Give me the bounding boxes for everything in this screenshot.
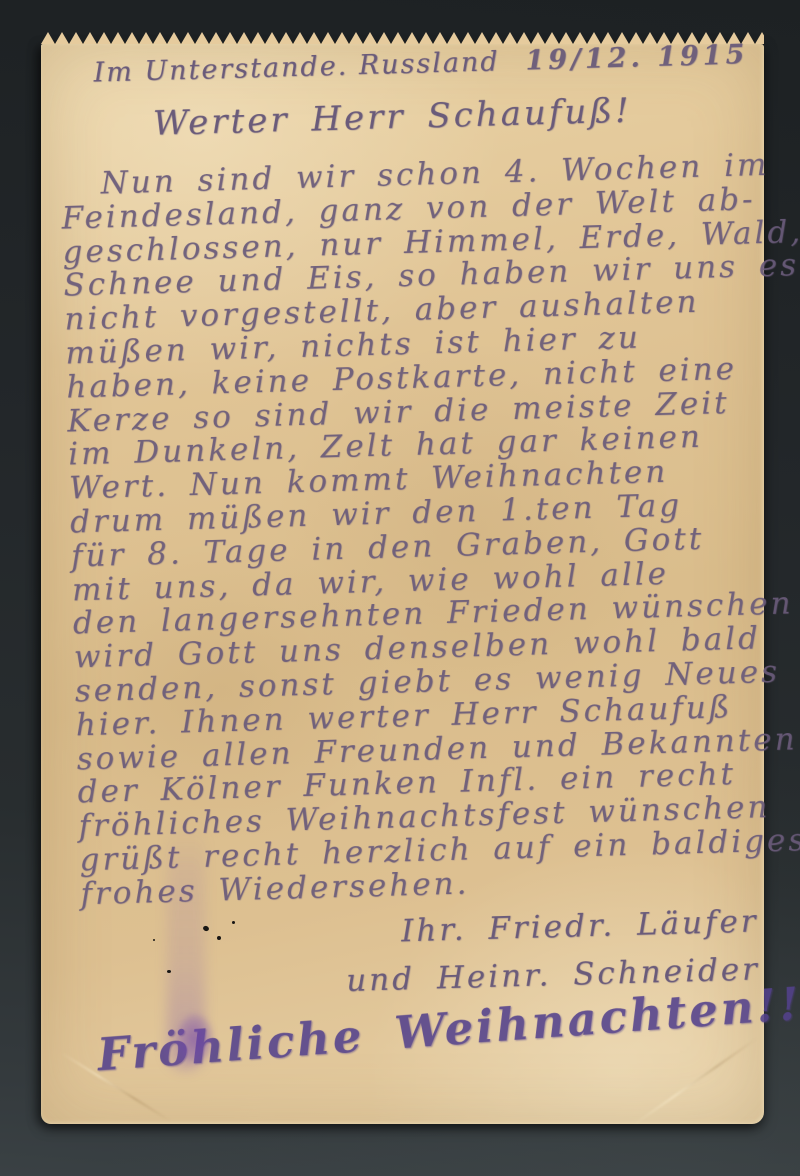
scan-background: Im Unterstande. Russland 19/12. 1915 Wer…: [0, 0, 800, 1176]
ink-speck: [167, 970, 171, 973]
handwriting: Im Unterstande. Russland 19/12. 1915 Wer…: [39, 25, 792, 1125]
ink-speck: [232, 921, 235, 924]
postcard-paper: Im Unterstande. Russland 19/12. 1915 Wer…: [41, 44, 764, 1124]
letter-body: Nun sind wir schon 4. Wochen imFeindesla…: [60, 149, 777, 912]
salutation-text: Werter Herr Schaufuß!: [152, 91, 632, 144]
ink-speck: [153, 939, 155, 941]
ink-speck: [217, 936, 221, 940]
place-date-line: Im Unterstande. Russland 19/12. 1915: [93, 39, 749, 88]
place-text: Im Unterstande. Russland: [93, 46, 500, 88]
ink-blot: [169, 1000, 221, 1070]
date-text: 19/12. 1915: [525, 39, 749, 76]
